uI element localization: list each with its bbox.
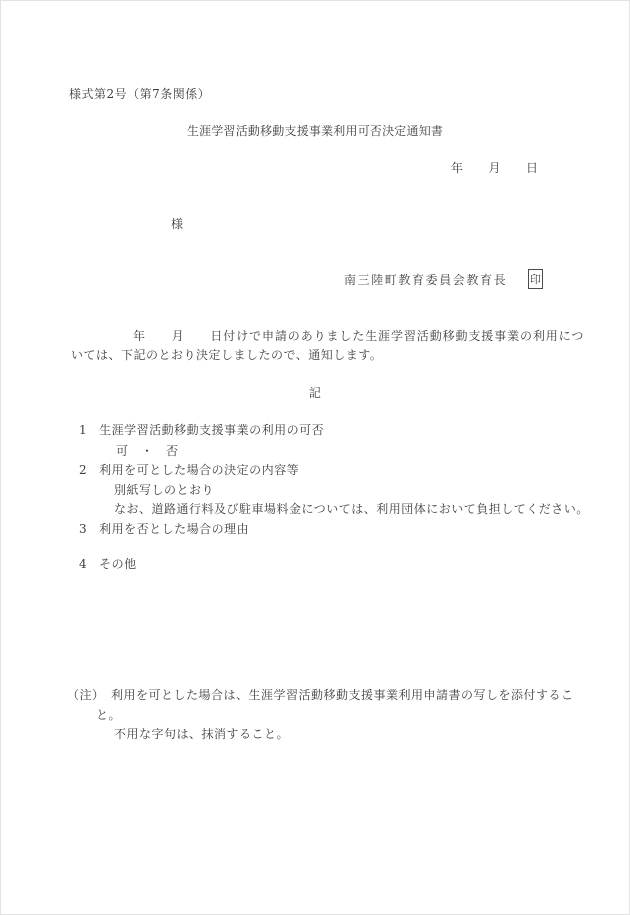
item-1-choice: 可 ・ 否	[116, 444, 179, 458]
note-line-2: と。	[96, 708, 121, 722]
note-line-1: （注） 利用を可とした場合は、生涯学習活動移動支援事業利用申請書の写しを添付する…	[67, 688, 574, 702]
list-item-4-title: その他	[99, 557, 137, 571]
document-page: 様式第2号（第7条関係） 生涯学習活動移動支援事業利用可否決定通知書 年 月 日…	[0, 0, 630, 915]
list-item-2: 2 利用を可とした場合の決定の内容等	[79, 463, 299, 477]
date-line: 年 月 日	[451, 161, 539, 175]
seal-box: 印	[528, 269, 543, 289]
body-paragraph-line-2: いては、下記のとおり決定しましたので、通知します。	[71, 348, 382, 362]
list-item-4-number: 4	[79, 557, 87, 571]
list-item-3-title: 利用を否とした場合の理由	[99, 522, 249, 536]
list-item-2-number: 2	[79, 463, 87, 477]
addressee-suffix: 様	[171, 217, 184, 231]
page-title: 生涯学習活動移動支援事業利用可否決定通知書	[1, 124, 629, 138]
list-item-1-title: 生涯学習活動移動支援事業の利用の可否	[99, 423, 324, 437]
item-2-sub-2: なお、道路通行料及び駐車場料金については、利用団体において負担してください。	[114, 502, 589, 516]
note-line-3: 不用な字句は、抹消すること。	[114, 727, 289, 741]
section-marker: 記	[1, 386, 629, 400]
list-item-2-title: 利用を可とした場合の決定の内容等	[99, 463, 299, 477]
form-number: 様式第2号（第7条関係）	[69, 87, 210, 101]
list-item-1: 1 生涯学習活動移動支援事業の利用の可否	[79, 423, 324, 437]
list-item-4: 4 その他	[79, 557, 137, 571]
list-item-3: 3 利用を否とした場合の理由	[79, 522, 249, 536]
body-paragraph-line-1: 年 月 日付けで申請のありました生涯学習活動移動支援事業の利用につ	[133, 329, 584, 343]
list-item-3-number: 3	[79, 522, 87, 536]
seal-label: 印	[530, 271, 541, 287]
sender-name: 南三陸町教育委員会教育長	[344, 273, 507, 287]
list-item-1-number: 1	[79, 423, 87, 437]
item-2-sub-1: 別紙写しのとおり	[114, 483, 214, 497]
